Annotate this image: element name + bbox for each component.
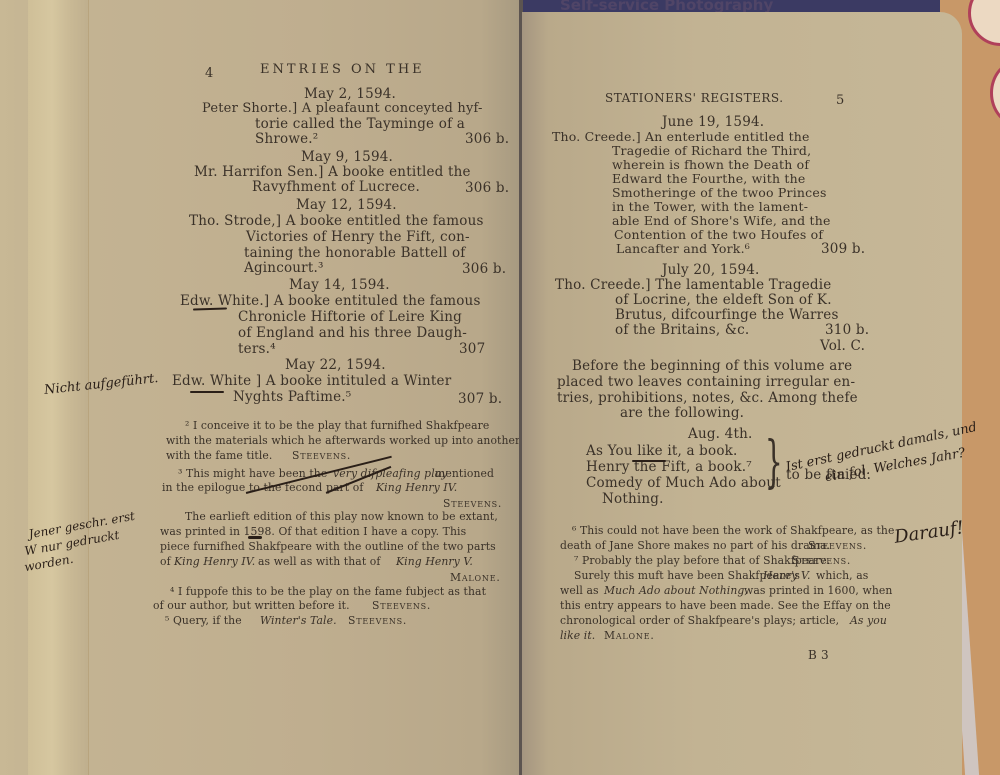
footnote-italic: Henry V. (763, 569, 811, 582)
entry-line: Contention of the two Houfes of (614, 227, 823, 242)
entry-date: May 9, 1594. (301, 149, 393, 165)
footnote-attribution: Malone. (450, 571, 501, 584)
right-page: STATIONERS' REGISTERS. 5 June 19, 1594. … (522, 12, 962, 775)
brace-symbol: } (765, 430, 783, 495)
entry-line: Edw. White ] A booke intituled a Winter (172, 373, 451, 389)
entry-line: Brutus, difcourfinge the Warres (615, 307, 839, 323)
entry-date: June 19, 1594. (662, 114, 764, 130)
footnote-attribution: Steevens. (808, 539, 867, 552)
entry-line: Smotheringe of the twoo Princes (612, 185, 827, 200)
footnote-italic: like it. (560, 629, 595, 642)
entry-line: Victories of Henry the Fift, con- (246, 229, 470, 245)
pen-underline (193, 307, 227, 310)
register-folio-ref: 310 b. (825, 322, 869, 338)
footnote-italic: As you (850, 614, 887, 627)
footnote-line: which, as (816, 569, 868, 582)
left-page: 4 ENTRIES ON THE May 2, 1594. Peter Shor… (0, 0, 522, 775)
footnote-line: mentioned (435, 467, 494, 480)
running-head: ENTRIES ON THE (260, 62, 425, 77)
footnote-line: was printed in 1600, when (744, 584, 892, 597)
footnote-italic: Winter's Tale. (260, 614, 337, 627)
register-folio-ref: 306 b. (462, 261, 506, 277)
footnote-line: death of Jane Shore makes no part of his… (560, 539, 830, 552)
entry-line: Peter Shorte.] A pleafaunt conceyted hyf… (202, 101, 483, 116)
entry-date: July 20, 1594. (662, 262, 760, 278)
paragraph-line: placed two leaves containing irregular e… (557, 374, 855, 390)
footnote-attribution: Steevens. (443, 497, 502, 510)
entry-line: torie called the Tayminge of a (255, 116, 465, 132)
entry-line: Edward the Fourthe, with the (612, 171, 805, 186)
footnote-line: The earlieft edition of this play now kn… (185, 510, 498, 523)
register-folio-ref: 307 (459, 341, 485, 357)
footnote-attribution: Steevens. (792, 554, 851, 567)
entry-line: Tho. Creede.] The lamentable Tragedie (555, 277, 831, 293)
entry-date: May 2, 1594. (304, 86, 396, 102)
footnote-line: ⁴ I fuppofe this to be the play on the f… (170, 585, 486, 598)
register-folio-ref: 306 b. (465, 180, 509, 196)
signature-mark: B 3 (808, 648, 829, 662)
stayed-item: Henry the Fift, a book.⁷ (586, 459, 752, 475)
paragraph-line: tries, prohibitions, notes, &c. Among th… (557, 390, 858, 406)
entry-line: Nyghts Paftime.⁵ (233, 389, 351, 405)
entry-line: Tragedie of Richard the Third, (612, 143, 811, 158)
entry-line: Tho. Creede.] An enterlude entitled the (552, 129, 810, 144)
register-folio-ref: 307 b. (458, 391, 502, 407)
entry-date: May 22, 1594. (285, 357, 386, 373)
footnote-line: was printed in 1598. Of that edition I h… (160, 525, 466, 538)
footnote-italic: King Henry IV. (174, 555, 255, 568)
entry-line: Chronicle Hiftorie of Leire King (238, 309, 462, 325)
running-head: STATIONERS' REGISTERS. (605, 91, 784, 105)
entry-line: able End of Shore's Wife, and the (612, 213, 831, 228)
footnote-attribution: Steevens. (292, 449, 351, 462)
entry-line: Tho. Strode,] A booke entitled the famou… (189, 213, 484, 229)
footnote-italic: Much Ado about Nothing, (604, 584, 748, 597)
footnote-line: of (160, 555, 171, 568)
entry-line: in the Tower, with the lament- (612, 199, 808, 214)
paragraph-line: are the following. (620, 405, 744, 421)
paragraph-line: Before the beginning of this volume are (572, 358, 852, 374)
entry-line: of the Britains, &c. (615, 322, 749, 338)
entry-line: of England and his three Daugh- (238, 325, 467, 341)
footnote-line: with the fame title. (166, 449, 272, 462)
stayed-item: Nothing. (602, 491, 664, 507)
register-folio-ref: 309 b. (821, 241, 865, 257)
register-folio-ref: 306 b. (465, 131, 509, 147)
footnote-line: ⁶ This could not have been the work of S… (572, 524, 894, 537)
handwritten-margin-note: Darauf! (893, 517, 965, 548)
stayed-item: As You like it, a book. (586, 443, 738, 459)
footnote-attribution: Steevens. (348, 614, 407, 627)
entry-line: Shrowe.² (255, 131, 318, 147)
pen-underline (632, 460, 666, 462)
entry-line: of Locrine, the eldeft Son of K. (615, 292, 832, 308)
footnote-attribution: Malone. (604, 629, 655, 642)
entry-line: Lancafter and York.⁶ (616, 241, 750, 256)
footnote-line: with the materials which he afterwards w… (166, 434, 520, 447)
footnote-italic: King Henry IV. (376, 481, 457, 494)
entry-date: Aug. 4th. (688, 426, 752, 442)
footnote-italic: King Henry V. (396, 555, 473, 568)
entry-date: May 14, 1594. (289, 277, 390, 293)
stayed-item: Comedy of Much Ado about (586, 475, 781, 491)
footnote-line: this entry appears to have been made. Se… (560, 599, 891, 612)
entry-line: Agincourt.³ (244, 260, 324, 276)
volume-ref: Vol. C. (820, 338, 865, 354)
footnote-line: well as (560, 584, 599, 597)
footnote-line: ⁵ Query, if the (165, 614, 242, 627)
entry-line: Mr. Harrifon Sen.] A booke entitled the (194, 164, 471, 180)
page-number: 4 (205, 66, 213, 81)
entry-line: wherein is fhown the Death of (612, 157, 809, 172)
pen-underline (248, 536, 262, 539)
footnote-italic: very difpleafing play (333, 467, 447, 480)
entry-date: May 12, 1594. (296, 197, 397, 213)
pen-underline (190, 391, 224, 393)
page-number: 5 (836, 93, 844, 108)
footnote-line: ² I conceive it to be the play that furn… (185, 419, 489, 432)
entry-line: Ravyfhment of Lucrece. (252, 179, 420, 195)
footnote-line: piece furnifhed Shakfpeare with the outl… (160, 540, 496, 553)
entry-line: ters.⁴ (238, 341, 276, 357)
footnote-line: as well as with that of (258, 555, 381, 568)
footnote-line: chronological order of Shakfpeare's play… (560, 614, 839, 627)
entry-line: taining the honorable Battell of (244, 245, 465, 261)
footnote-line: of our author, but written before it. (153, 599, 350, 612)
footnote-attribution: Steevens. (372, 599, 431, 612)
